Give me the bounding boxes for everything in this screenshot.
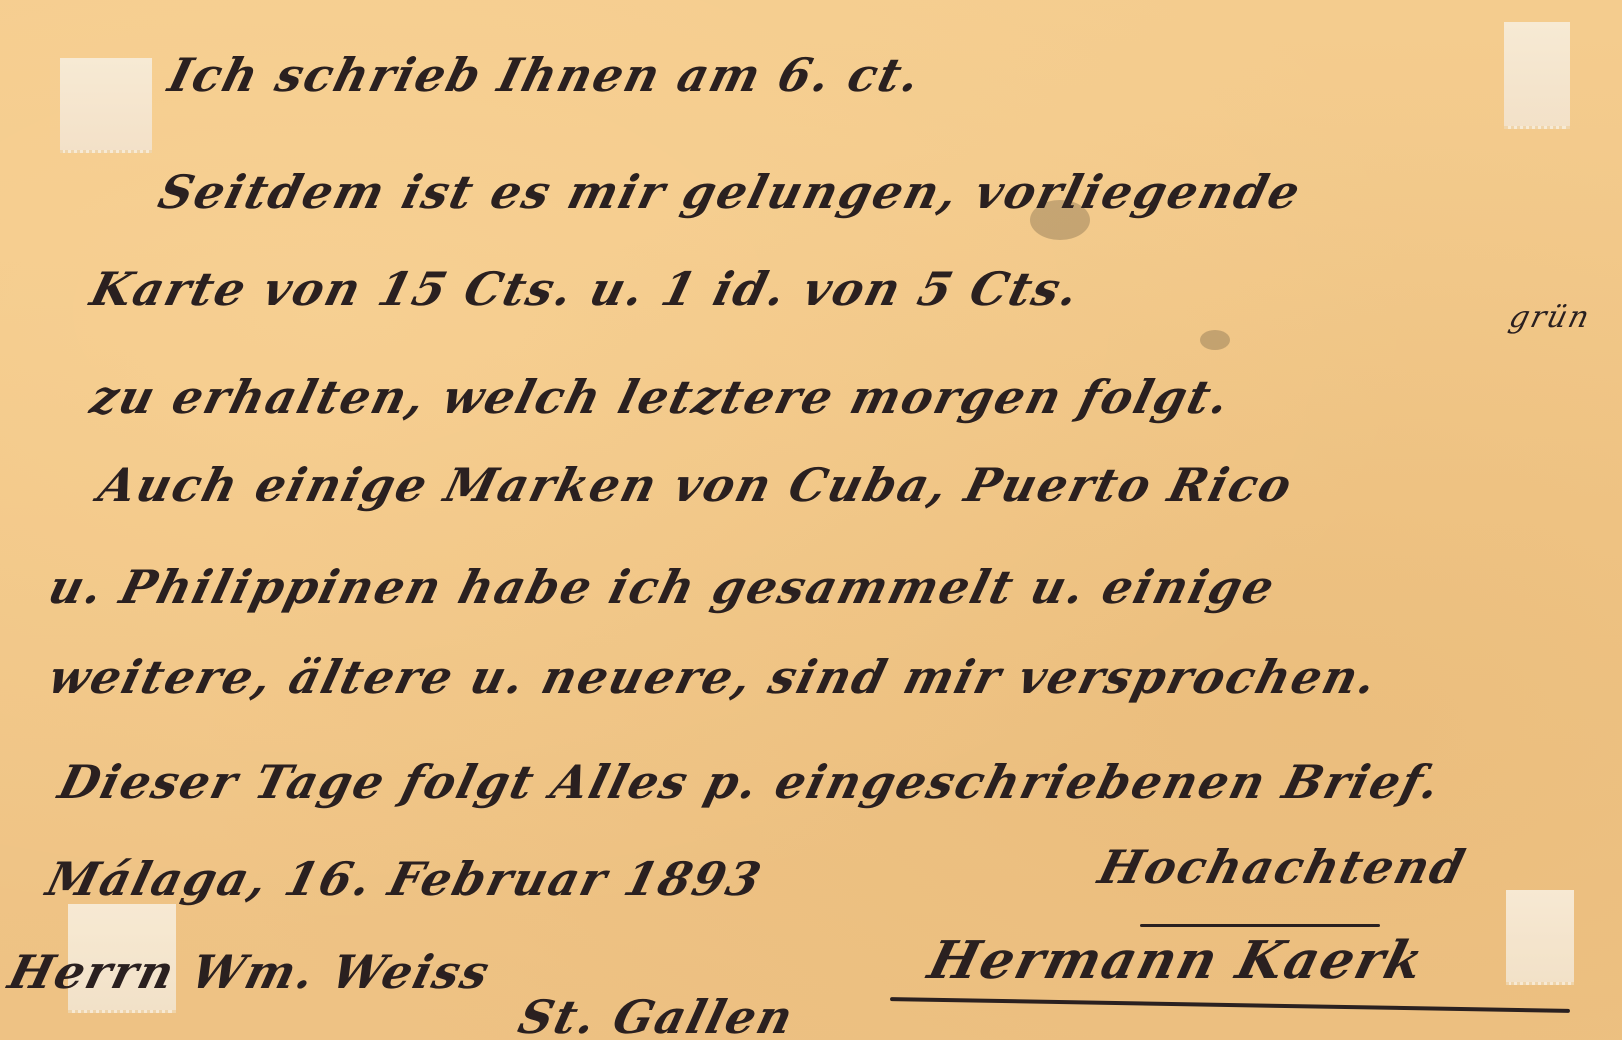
stamp-hinge-bottom-right — [1506, 890, 1574, 985]
text-line-2: Seitdem ist es mir gelungen, vorliegende — [153, 165, 1307, 219]
text-line-5: Auch einige Marken von Cuba, Puerto Rico — [93, 458, 1299, 512]
dateline: Málaga, 16. Februar 1893 — [41, 852, 768, 906]
stamp-hinge-top-right — [1504, 22, 1570, 129]
text-note-green: grün — [1506, 300, 1595, 335]
text-line-4: zu erhalten, welch letztere morgen folgt… — [85, 370, 1236, 424]
signature-underline — [890, 997, 1570, 1013]
closing: Hochachtend — [1093, 840, 1471, 894]
text-line-6: u. Philippinen habe ich gesammelt u. ein… — [43, 560, 1281, 614]
addressee: Herrn Wm. Weiss — [3, 945, 496, 999]
text-line-1: Ich schrieb Ihnen am 6. ct. — [163, 48, 927, 102]
text-line-7: weitere, ältere u. neuere, sind mir vers… — [43, 650, 1383, 704]
signature: Hermann Kaerk — [922, 930, 1431, 991]
text-line-8: Dieser Tage folgt Alles p. eingeschriebe… — [53, 755, 1447, 809]
postcard: Ich schrieb Ihnen am 6. ct. Seitdem ist … — [0, 0, 1622, 1040]
signature-overline — [1140, 924, 1380, 927]
destination: St. Gallen — [513, 990, 800, 1040]
text-line-3: Karte von 15 Cts. u. 1 id. von 5 Cts. — [85, 262, 1086, 316]
postmark-trace — [1200, 330, 1230, 350]
stamp-hinge-top-left — [60, 58, 152, 153]
